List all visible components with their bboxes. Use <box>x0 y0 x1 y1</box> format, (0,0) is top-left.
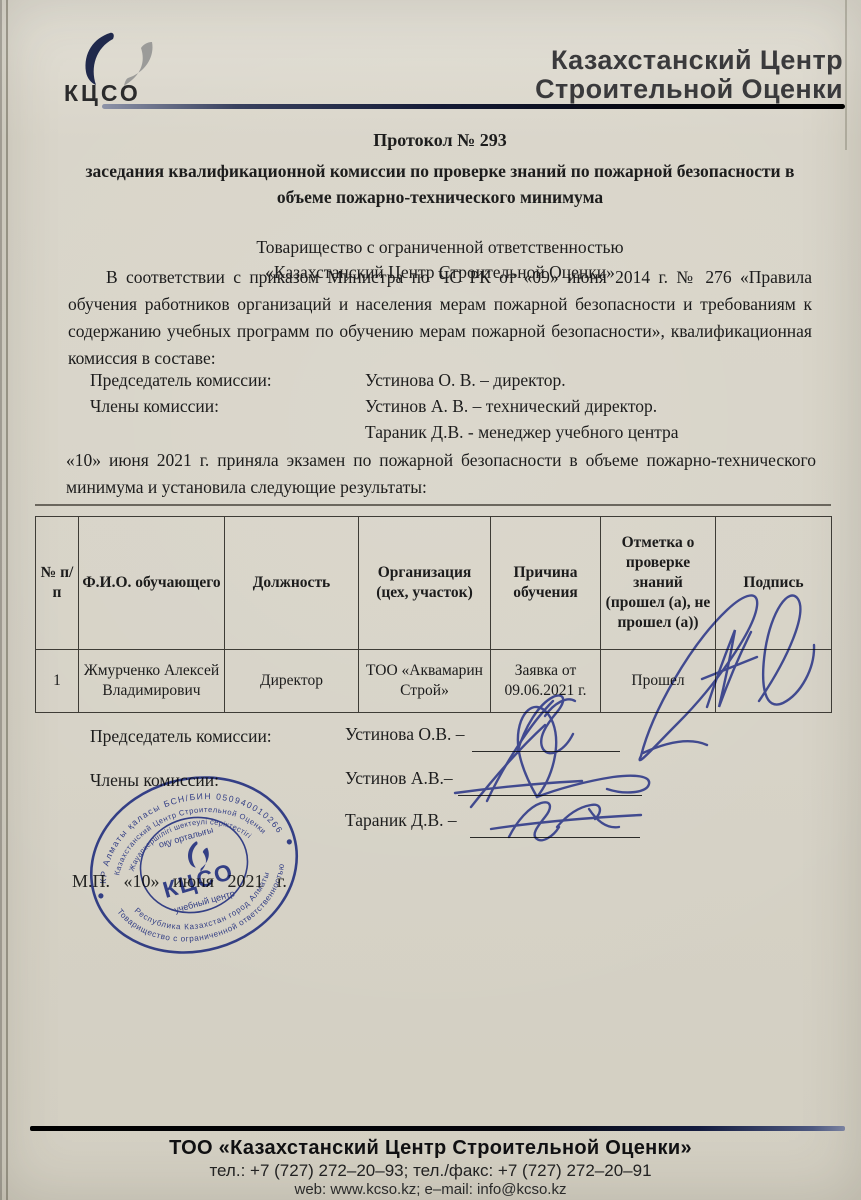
footer-web-email: web: www.kcso.kz; e–mail: info@kcso.kz <box>0 1181 861 1198</box>
footer-divider <box>30 1126 845 1131</box>
table-signature-scribble <box>640 595 814 760</box>
scanned-protocol-document: КЦСО Казахстанский Центр Строительной Оц… <box>0 0 861 1200</box>
member2-signature-scribble <box>491 802 641 840</box>
footer-phones: тел.: +7 (727) 272–20–93; тел./факс: +7 … <box>0 1161 861 1181</box>
handwritten-signatures-layer <box>0 0 861 1200</box>
footer-company-name: ТОО «Казахстанский Центр Строительной Оц… <box>0 1137 861 1160</box>
